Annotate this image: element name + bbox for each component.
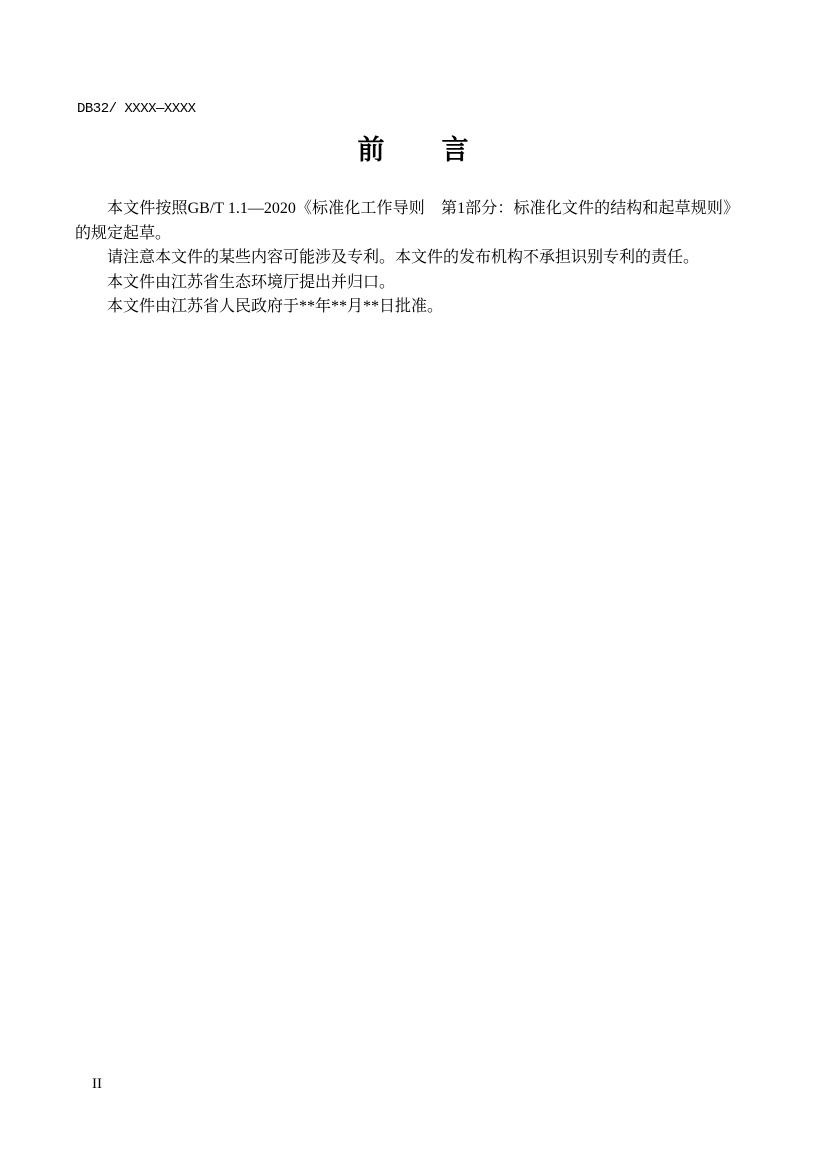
paragraph-proposing-body: 本文件由江苏省生态环境厅提出并归口。 — [75, 271, 739, 296]
foreword-body: 本文件按照GB/T 1.1—2020《标准化工作导则 第1部分：标准化文件的结构… — [75, 197, 739, 320]
page-background: DB32/ XXXX—XXXX 前 言 本文件按照GB/T 1.1—2020《标… — [0, 0, 827, 1169]
page-number: II — [92, 1076, 102, 1093]
page-title-foreword: 前 言 — [0, 128, 827, 167]
paragraph-approval: 本文件由江苏省人民政府于**年**月**日批准。 — [75, 295, 739, 320]
paragraph-patent-notice: 请注意本文件的某些内容可能涉及专利。本文件的发布机构不承担识别专利的责任。 — [75, 246, 739, 271]
paragraph-drafting-rules: 本文件按照GB/T 1.1—2020《标准化工作导则 第1部分：标准化文件的结构… — [75, 197, 739, 246]
standard-number-header: DB32/ XXXX—XXXX — [77, 101, 196, 117]
document-page: { "document": { "header": { "standard_nu… — [0, 0, 827, 1169]
